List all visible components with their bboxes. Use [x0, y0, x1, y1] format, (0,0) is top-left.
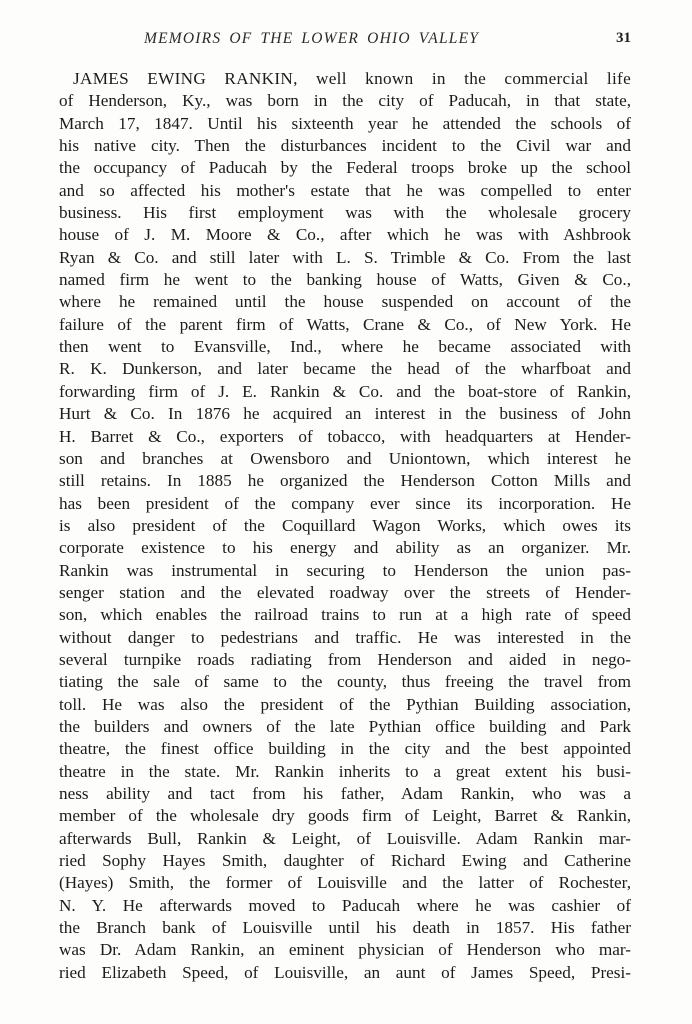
text-line: (Hayes) Smith, the former of Louisville …	[59, 872, 631, 894]
text-line: N. Y. He afterwards moved to Paducah whe…	[59, 895, 631, 917]
text-line: named firm he went to the banking house …	[59, 269, 631, 291]
text-line: corporate existence to his energy and ab…	[59, 537, 631, 559]
text-line: afterwards Bull, Rankin & Leight, of Lou…	[59, 828, 631, 850]
text-line: of Henderson, Ky., was born in the city …	[59, 90, 631, 112]
text-line: the Branch bank of Louisville until his …	[59, 917, 631, 939]
text-line: member of the wholesale dry goods firm o…	[59, 805, 631, 827]
text-line: senger station and the elevated roadway …	[59, 582, 631, 604]
book-page: MEMOIRS OF THE LOWER OHIO VALLEY 31 JAME…	[0, 0, 692, 1024]
text-line: his native city. Then the disturbances i…	[59, 135, 631, 157]
text-line: then went to Evansville, Ind., where he …	[59, 336, 631, 358]
running-head: MEMOIRS OF THE LOWER OHIO VALLEY 31	[59, 30, 631, 54]
text-line: ried Sophy Hayes Smith, daughter of Rich…	[59, 850, 631, 872]
text-line: son, which enables the railroad trains t…	[59, 604, 631, 626]
text-line: toll. He was also the president of the P…	[59, 694, 631, 716]
text-line: still retains. In 1885 he organized the …	[59, 470, 631, 492]
text-line: without danger to pedestrians and traffi…	[59, 627, 631, 649]
text-line: the occupancy of Paducah by the Federal …	[59, 157, 631, 179]
text-line: where he remained until the house suspen…	[59, 291, 631, 313]
body-paragraph: JAMES EWING RANKIN, well known in the co…	[59, 68, 631, 984]
text-line: is also president of the Coquillard Wago…	[59, 515, 631, 537]
text-line: business. His first employment was with …	[59, 202, 631, 224]
text-line: several turnpike roads radiating from He…	[59, 649, 631, 671]
text-line: house of J. M. Moore & Co., after which …	[59, 224, 631, 246]
text-line: R. K. Dunkerson, and later became the he…	[59, 358, 631, 380]
text-line: Hurt & Co. In 1876 he acquired an intere…	[59, 403, 631, 425]
text-line: JAMES EWING RANKIN, well known in the co…	[59, 68, 631, 90]
text-line: Rankin was instrumental in securing to H…	[59, 560, 631, 582]
text-line: ness ability and tact from his father, A…	[59, 783, 631, 805]
text-line: has been president of the company ever s…	[59, 493, 631, 515]
running-head-title: MEMOIRS OF THE LOWER OHIO VALLEY	[144, 30, 479, 48]
text-line: H. Barret & Co., exporters of tobacco, w…	[59, 426, 631, 448]
text-line: and so affected his mother's estate that…	[59, 180, 631, 202]
text-line: theatre in the state. Mr. Rankin inherit…	[59, 761, 631, 783]
text-line: tiating the sale of same to the county, …	[59, 671, 631, 693]
text-line: the builders and owners of the late Pyth…	[59, 716, 631, 738]
text-line: forwarding firm of J. E. Rankin & Co. an…	[59, 381, 631, 403]
text-line: Ryan & Co. and still later with L. S. Tr…	[59, 247, 631, 269]
text-line: theatre, the finest office building in t…	[59, 738, 631, 760]
text-line: ried Elizabeth Speed, of Louisville, an …	[59, 962, 631, 984]
text-line: March 17, 1847. Until his sixteenth year…	[59, 113, 631, 135]
text-line: was Dr. Adam Rankin, an eminent physicia…	[59, 939, 631, 961]
text-line: son and branches at Owensboro and Uniont…	[59, 448, 631, 470]
text-line: failure of the parent firm of Watts, Cra…	[59, 314, 631, 336]
page-number: 31	[616, 30, 631, 47]
